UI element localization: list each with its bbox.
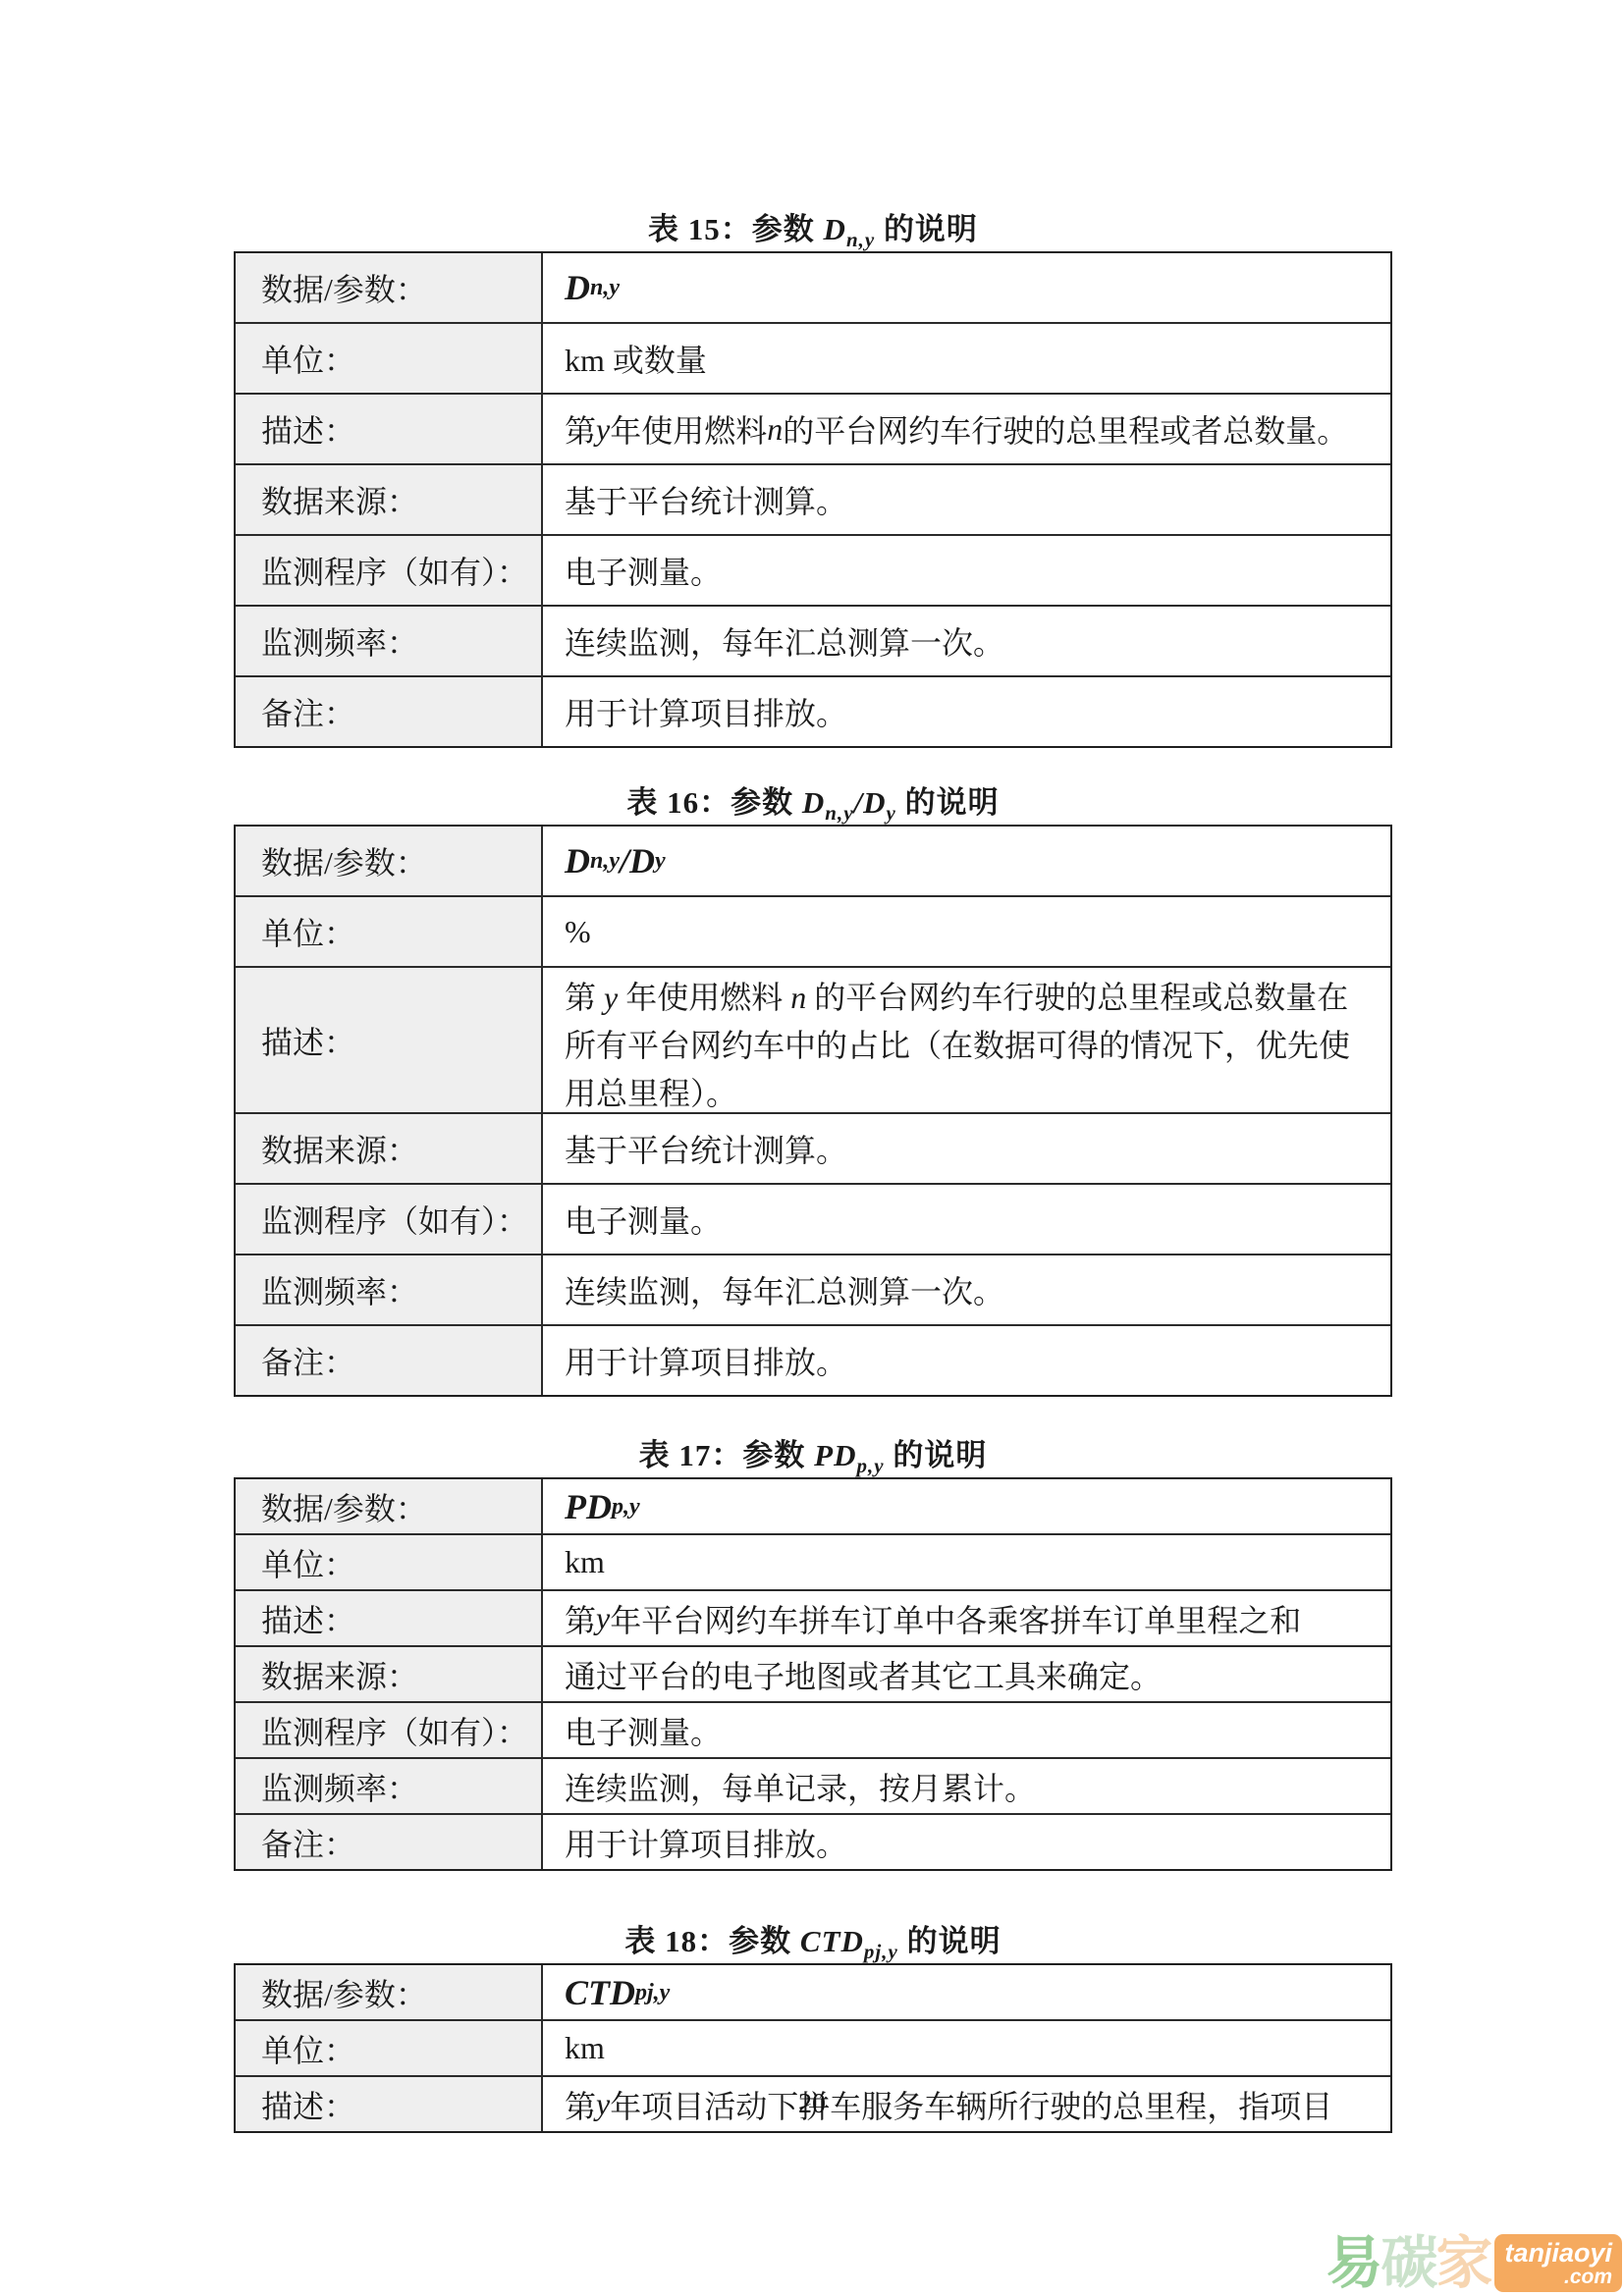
title-parameter: Dn,y — [824, 212, 876, 246]
row-value: 用于计算项目排放。 — [543, 1326, 1390, 1395]
row-label: 数据/参数： — [236, 827, 543, 895]
table-row: 数据/参数： PDp,y — [236, 1479, 1390, 1533]
table-15-block: 表 15：参数 Dn,y 的说明 数据/参数： Dn,y 单位： km 或数量 … — [234, 208, 1392, 748]
table-17-block: 表 17：参数 PDp,y 的说明 数据/参数： PDp,y 单位： km 描述… — [234, 1434, 1392, 1871]
row-label: 监测程序（如有）： — [236, 536, 543, 605]
table-row: 单位： km — [236, 2019, 1390, 2075]
row-label: 数据来源： — [236, 465, 543, 534]
row-value: % — [543, 897, 1390, 966]
row-value: 通过平台的电子地图或者其它工具来确定。 — [543, 1647, 1390, 1701]
watermark-badge: tanjiaoyi .com — [1494, 2234, 1622, 2292]
title-parameter: Dn,y/Dy — [802, 785, 896, 820]
table-row: 描述： 第 y 年使用燃料 n 的平台网约车行驶的总里程或总数量在所有平台网约车… — [236, 966, 1390, 1112]
row-value: 电子测量。 — [543, 1185, 1390, 1254]
row-label: 单位： — [236, 897, 543, 966]
row-value: 第 y 年使用燃料 n 的平台网约车行驶的总里程或总数量在所有平台网约车中的占比… — [543, 968, 1390, 1112]
watermark-char-jia: 家 — [1435, 2235, 1490, 2292]
row-value: km — [543, 1535, 1390, 1589]
row-label: 数据/参数： — [236, 1479, 543, 1533]
row-value: 电子测量。 — [543, 1703, 1390, 1757]
table-row: 单位： km — [236, 1533, 1390, 1589]
row-label: 监测频率： — [236, 607, 543, 675]
row-label: 数据/参数： — [236, 1965, 543, 2019]
title-suffix: 的说明 — [898, 1924, 1001, 1958]
table-16: 数据/参数： Dn,y/Dy 单位： % 描述： 第 y 年使用燃料 n 的平台… — [234, 825, 1392, 1397]
table-16-block: 表 16：参数 Dn,y/Dy 的说明 数据/参数： Dn,y/Dy 单位： %… — [234, 781, 1392, 1397]
row-label: 描述： — [236, 395, 543, 463]
row-value: km 或数量 — [543, 324, 1390, 393]
row-label: 备注： — [236, 1326, 543, 1395]
row-label: 备注： — [236, 677, 543, 746]
row-value: 第 y 年使用燃料 n 的平台网约车行驶的总里程或者总数量。 — [543, 395, 1390, 463]
watermark-badge-domain: .com — [1504, 2267, 1612, 2287]
table-16-title: 表 16：参数 Dn,y/Dy 的说明 — [234, 781, 1392, 825]
row-value: 电子测量。 — [543, 536, 1390, 605]
row-label: 单位： — [236, 2021, 543, 2075]
page-number: 20 — [0, 2089, 1624, 2120]
table-row: 备注： 用于计算项目排放。 — [236, 1324, 1390, 1395]
row-value: 基于平台统计测算。 — [543, 1114, 1390, 1183]
title-prefix: 表 18：参数 — [624, 1924, 800, 1958]
table-row: 数据/参数： Dn,y/Dy — [236, 827, 1390, 895]
title-prefix: 表 17：参数 — [639, 1438, 815, 1472]
table-row: 描述： 第 y 年使用燃料 n 的平台网约车行驶的总里程或者总数量。 — [236, 393, 1390, 463]
table-row: 监测频率： 连续监测，每单记录，按月累计。 — [236, 1757, 1390, 1813]
watermark-char-tan: 碳 — [1380, 2235, 1435, 2292]
document-page: 表 15：参数 Dn,y 的说明 数据/参数： Dn,y 单位： km 或数量 … — [0, 0, 1624, 2296]
table-row: 监测程序（如有）： 电子测量。 — [236, 1701, 1390, 1757]
row-value: 连续监测，每年汇总测算一次。 — [543, 1255, 1390, 1324]
row-value: km — [543, 2021, 1390, 2075]
row-label: 单位： — [236, 324, 543, 393]
table-row: 备注： 用于计算项目排放。 — [236, 675, 1390, 746]
table-row: 数据/参数： Dn,y — [236, 253, 1390, 322]
row-label: 单位： — [236, 1535, 543, 1589]
table-15-title: 表 15：参数 Dn,y 的说明 — [234, 208, 1392, 251]
row-label: 数据来源： — [236, 1647, 543, 1701]
title-suffix: 的说明 — [896, 785, 1000, 820]
row-value: 基于平台统计测算。 — [543, 465, 1390, 534]
table-15: 数据/参数： Dn,y 单位： km 或数量 描述： 第 y 年使用燃料 n 的… — [234, 251, 1392, 748]
row-label: 数据来源： — [236, 1114, 543, 1183]
table-row: 监测程序（如有）： 电子测量。 — [236, 534, 1390, 605]
table-row: 数据来源： 基于平台统计测算。 — [236, 1112, 1390, 1183]
row-value: 用于计算项目排放。 — [543, 677, 1390, 746]
table-row: 单位： % — [236, 895, 1390, 966]
watermark-char-yi: 易 — [1326, 2235, 1380, 2292]
table-17: 数据/参数： PDp,y 单位： km 描述： 第 y 年平台网约车拼车订单中各… — [234, 1477, 1392, 1871]
row-label: 描述： — [236, 1591, 543, 1645]
title-suffix: 的说明 — [885, 1438, 988, 1472]
row-label: 监测频率： — [236, 1255, 543, 1324]
row-label: 监测程序（如有）： — [236, 1703, 543, 1757]
table-row: 监测频率： 连续监测，每年汇总测算一次。 — [236, 605, 1390, 675]
row-value: 连续监测，每单记录，按月累计。 — [543, 1759, 1390, 1813]
title-parameter: CTDpj,y — [800, 1924, 898, 1958]
row-value: 第 y 年平台网约车拼车订单中各乘客拼车订单里程之和 — [543, 1591, 1390, 1645]
title-suffix: 的说明 — [875, 212, 978, 246]
table-row: 单位： km 或数量 — [236, 322, 1390, 393]
watermark-badge-text: tanjiaoyi — [1504, 2240, 1612, 2267]
title-prefix: 表 15：参数 — [648, 212, 824, 246]
table-row: 监测程序（如有）： 电子测量。 — [236, 1183, 1390, 1254]
table-row: 数据来源： 基于平台统计测算。 — [236, 463, 1390, 534]
parameter-value: Dn,y — [543, 253, 1390, 322]
parameter-value: Dn,y/Dy — [543, 827, 1390, 895]
row-label: 数据/参数： — [236, 253, 543, 322]
table-row: 描述： 第 y 年平台网约车拼车订单中各乘客拼车订单里程之和 — [236, 1589, 1390, 1645]
parameter-value: PDp,y — [543, 1479, 1390, 1533]
row-label: 备注： — [236, 1815, 543, 1869]
table-row: 备注： 用于计算项目排放。 — [236, 1813, 1390, 1869]
row-label: 监测程序（如有）： — [236, 1185, 543, 1254]
table-18-title: 表 18：参数 CTDpj,y 的说明 — [234, 1920, 1392, 1963]
table-row: 数据来源： 通过平台的电子地图或者其它工具来确定。 — [236, 1645, 1390, 1701]
table-row: 数据/参数： CTDpj,y — [236, 1965, 1390, 2019]
title-parameter: PDp,y — [814, 1438, 884, 1472]
parameter-value: CTDpj,y — [543, 1965, 1390, 2019]
table-row: 监测频率： 连续监测，每年汇总测算一次。 — [236, 1254, 1390, 1324]
row-label: 描述： — [236, 968, 543, 1112]
row-label: 监测频率： — [236, 1759, 543, 1813]
watermark-logo: 易 碳 家 tanjiaoyi .com — [1326, 2234, 1622, 2292]
table-17-title: 表 17：参数 PDp,y 的说明 — [234, 1434, 1392, 1477]
title-prefix: 表 16：参数 — [626, 785, 802, 820]
row-value: 连续监测，每年汇总测算一次。 — [543, 607, 1390, 675]
row-value: 用于计算项目排放。 — [543, 1815, 1390, 1869]
